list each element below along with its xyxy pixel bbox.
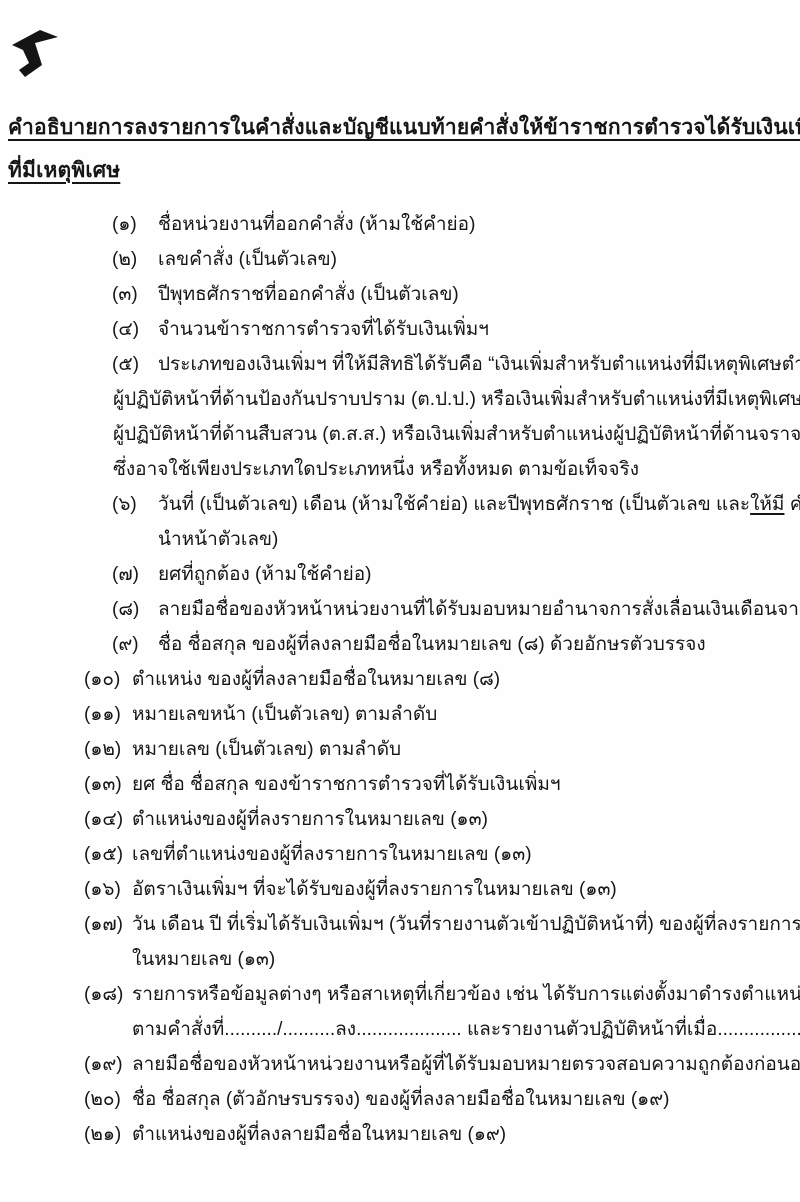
scanned-document-page: คำอธิบายการลงรายการในคำสั่งและบัญชีแนบท้… (0, 0, 800, 1202)
text-segment: ในหมายเลข (๑๓) (132, 949, 275, 970)
list-item: (๕)ประเภทของเงินเพิ่มฯ ที่ให้มีสิทธิได้ร… (0, 347, 800, 487)
text-segment: ผู้ปฏิบัติหน้าที่ด้านสืบสวน (ต.ส.ส.) หรื… (113, 424, 800, 445)
list-item: (๑๕)เลขที่ตำแหน่งของผู้ที่ลงรายการในหมาย… (0, 837, 800, 872)
item-text: ชื่อ ชื่อสกุล ของผู้ที่ลงลายมือชื่อในหมา… (158, 627, 800, 662)
text-segment: ตามคำสั่งที่........../..........ลง.....… (132, 1019, 800, 1040)
item-number: (๑๔) (84, 802, 123, 837)
text-segment: หมายเลขหน้า (เป็นตัวเลข) ตามลำดับ (132, 704, 437, 725)
item-text: ตำแหน่งของผู้ที่ลงรายการในหมายเลข (๑๓) (132, 802, 800, 837)
item-number: (๕) (112, 347, 139, 382)
text-segment: ปีพุทธศักราชที่ออกคำสั่ง (เป็นตัวเลข) (158, 284, 459, 305)
text-segment: เลขที่ตำแหน่งของผู้ที่ลงรายการในหมายเลข … (132, 844, 532, 865)
document-title-line1: คำอธิบายการลงรายการในคำสั่งและบัญชีแนบท้… (8, 106, 794, 149)
text-segment: ตำแหน่ง ของผู้ที่ลงลายมือชื่อในหมายเลข (… (132, 669, 500, 690)
item-number: (๒๐) (84, 1082, 121, 1117)
text-segment: หมายเลข (เป็นตัวเลข) ตามลำดับ (132, 739, 401, 760)
item-number: (๑๙) (84, 1047, 123, 1082)
text-segment: จำนวนข้าราชการตำรวจที่ได้รับเงินเพิ่มฯ (158, 319, 489, 340)
list-item: (๑๓)ยศ ชื่อ ชื่อสกุล ของข้าราชการตำรวจที… (0, 767, 800, 802)
explanation-list: (๑)ชื่อหน่วยงานที่ออกคำสั่ง (ห้ามใช้คำย่… (0, 207, 800, 1152)
list-item: (๗)ยศที่ถูกต้อง (ห้ามใช้คำย่อ) (0, 557, 800, 592)
item-text: หมายเลข (เป็นตัวเลข) ตามลำดับ (132, 732, 800, 767)
item-text: ลายมือชื่อของหัวหน้าหน่วยงานหรือผู้ที่ได… (132, 1047, 800, 1082)
text-segment: คำว่า พ.ศ. (784, 494, 800, 515)
item-number: (๗) (112, 557, 139, 592)
text-segment: เลขคำสั่ง (เป็นตัวเลข) (158, 249, 337, 270)
list-item: (๑๑)หมายเลขหน้า (เป็นตัวเลข) ตามลำดับ (0, 697, 800, 732)
item-number: (๑๒) (84, 732, 121, 767)
text-segment: ตำแหน่งของผู้ที่ลงลายมือชื่อในหมายเลข (๑… (132, 1124, 506, 1145)
text-segment: ประเภทของเงินเพิ่มฯ ที่ให้มีสิทธิได้รับค… (158, 354, 800, 375)
item-number: (๘) (112, 592, 139, 627)
text-segment: ซึ่งอาจใช้เพียงประเภทใดประเภทหนึ่ง หรือท… (113, 459, 639, 480)
item-text: ลายมือชื่อของหัวหน้าหน่วยงานที่ได้รับมอบ… (158, 592, 800, 627)
list-item: (๔)จำนวนข้าราชการตำรวจที่ได้รับเงินเพิ่ม… (0, 312, 800, 347)
item-number: (๓) (112, 277, 138, 312)
item-number: (๒) (112, 242, 137, 277)
text-segment: ตำแหน่งของผู้ที่ลงรายการในหมายเลข (๑๓) (132, 809, 488, 830)
list-item: (๑๔)ตำแหน่งของผู้ที่ลงรายการในหมายเลข (๑… (0, 802, 800, 837)
text-segment: ยศที่ถูกต้อง (ห้ามใช้คำย่อ) (158, 564, 372, 585)
text-segment: ชื่อหน่วยงานที่ออกคำสั่ง (ห้ามใช้คำย่อ) (158, 214, 475, 235)
item-number: (๒๑) (84, 1117, 121, 1152)
text-segment: นำหน้าตัวเลข) (158, 529, 278, 550)
item-text: ชื่อ ชื่อสกุล (ตัวอักษรบรรจง) ของผู้ที่ล… (132, 1082, 800, 1117)
list-item: (๘)ลายมือชื่อของหัวหน้าหน่วยงานที่ได้รับ… (0, 592, 800, 627)
text-segment: ยศ ชื่อ ชื่อสกุล ของข้าราชการตำรวจที่ได้… (132, 774, 561, 795)
text-segment: ชื่อ ชื่อสกุล ของผู้ที่ลงลายมือชื่อในหมา… (158, 634, 706, 655)
list-item: (๓)ปีพุทธศักราชที่ออกคำสั่ง (เป็นตัวเลข) (0, 277, 800, 312)
list-item: (๙)ชื่อ ชื่อสกุล ของผู้ที่ลงลายมือชื่อใน… (0, 627, 800, 662)
list-item: (๑๙)ลายมือชื่อของหัวหน้าหน่วยงานหรือผู้ท… (0, 1047, 800, 1082)
item-number: (๑๑) (84, 697, 121, 732)
item-number: (๑๕) (84, 837, 123, 872)
text-segment: รายการหรือข้อมูลต่างๆ หรือสาเหตุที่เกี่ย… (132, 984, 800, 1005)
item-number: (๑๐) (84, 662, 120, 697)
list-item: (๒๐)ชื่อ ชื่อสกุล (ตัวอักษรบรรจง) ของผู้… (0, 1082, 800, 1117)
list-item: (๒๑)ตำแหน่งของผู้ที่ลงลายมือชื่อในหมายเล… (0, 1117, 800, 1152)
item-text: ปีพุทธศักราชที่ออกคำสั่ง (เป็นตัวเลข) (158, 277, 800, 312)
list-item: (๑๐)ตำแหน่ง ของผู้ที่ลงลายมือชื่อในหมายเ… (0, 662, 800, 697)
item-text: เลขคำสั่ง (เป็นตัวเลข) (158, 242, 800, 277)
item-text: รายการหรือข้อมูลต่างๆ หรือสาเหตุที่เกี่ย… (132, 977, 800, 1047)
item-number: (๑๗) (84, 907, 123, 942)
text-segment: ลายมือชื่อของหัวหน้าหน่วยงานหรือผู้ที่ได… (132, 1054, 800, 1075)
list-item: (๑๗)วัน เดือน ปี ที่เริ่มได้รับเงินเพิ่ม… (0, 907, 800, 977)
item-text: เลขที่ตำแหน่งของผู้ที่ลงรายการในหมายเลข … (132, 837, 800, 872)
list-item: (๖)วันที่ (เป็นตัวเลข) เดือน (ห้ามใช้คำย… (0, 487, 800, 557)
text-segment: อัตราเงินเพิ่มฯ ที่จะได้รับของผู้ที่ลงรา… (132, 879, 617, 900)
item-number: (๙) (112, 627, 139, 662)
item-text: ตำแหน่ง ของผู้ที่ลงลายมือชื่อในหมายเลข (… (132, 662, 800, 697)
text-segment: ชื่อ ชื่อสกุล (ตัวอักษรบรรจง) ของผู้ที่ล… (132, 1089, 669, 1110)
list-item: (๑๖)อัตราเงินเพิ่มฯ ที่จะได้รับของผู้ที่… (0, 872, 800, 907)
list-item: (๑๒)หมายเลข (เป็นตัวเลข) ตามลำดับ (0, 732, 800, 767)
item-text: หมายเลขหน้า (เป็นตัวเลข) ตามลำดับ (132, 697, 800, 732)
text-segment: วัน เดือน ปี ที่เริ่มได้รับเงินเพิ่มฯ (ว… (132, 914, 800, 935)
text-segment: ผู้ปฏิบัติหน้าที่ด้านป้องกันปราบปราม (ต.… (113, 389, 800, 410)
underlined-text: ให้มี (750, 494, 784, 515)
item-text: ประเภทของเงินเพิ่มฯ ที่ให้มีสิทธิได้รับค… (158, 347, 800, 487)
item-text: ยศ ชื่อ ชื่อสกุล ของข้าราชการตำรวจที่ได้… (132, 767, 800, 802)
item-number: (๑๓) (84, 767, 122, 802)
item-number: (๑๖) (84, 872, 121, 907)
text-segment: ลายมือชื่อของหัวหน้าหน่วยงานที่ได้รับมอบ… (158, 599, 800, 620)
item-text: วันที่ (เป็นตัวเลข) เดือน (ห้ามใช้คำย่อ)… (158, 487, 800, 557)
item-text: จำนวนข้าราชการตำรวจที่ได้รับเงินเพิ่มฯ (158, 312, 800, 347)
scan-artifact-ink-mark (11, 30, 61, 78)
document-title: คำอธิบายการลงรายการในคำสั่งและบัญชีแนบท้… (8, 106, 794, 192)
item-text: วัน เดือน ปี ที่เริ่มได้รับเงินเพิ่มฯ (ว… (132, 907, 800, 977)
item-number: (๑) (112, 207, 137, 242)
item-text: อัตราเงินเพิ่มฯ ที่จะได้รับของผู้ที่ลงรา… (132, 872, 800, 907)
item-text: ตำแหน่งของผู้ที่ลงลายมือชื่อในหมายเลข (๑… (132, 1117, 800, 1152)
list-item: (๒)เลขคำสั่ง (เป็นตัวเลข) (0, 242, 800, 277)
item-text: ชื่อหน่วยงานที่ออกคำสั่ง (ห้ามใช้คำย่อ) (158, 207, 800, 242)
item-text: ยศที่ถูกต้อง (ห้ามใช้คำย่อ) (158, 557, 800, 592)
item-number: (๔) (112, 312, 139, 347)
document-title-line2: ที่มีเหตุพิเศษ (8, 149, 794, 192)
item-number: (๖) (112, 487, 137, 522)
list-item: (๑๘)รายการหรือข้อมูลต่างๆ หรือสาเหตุที่เ… (0, 977, 800, 1047)
text-segment: วันที่ (เป็นตัวเลข) เดือน (ห้ามใช้คำย่อ)… (158, 494, 750, 515)
item-number: (๑๘) (84, 977, 123, 1012)
list-item: (๑)ชื่อหน่วยงานที่ออกคำสั่ง (ห้ามใช้คำย่… (0, 207, 800, 242)
